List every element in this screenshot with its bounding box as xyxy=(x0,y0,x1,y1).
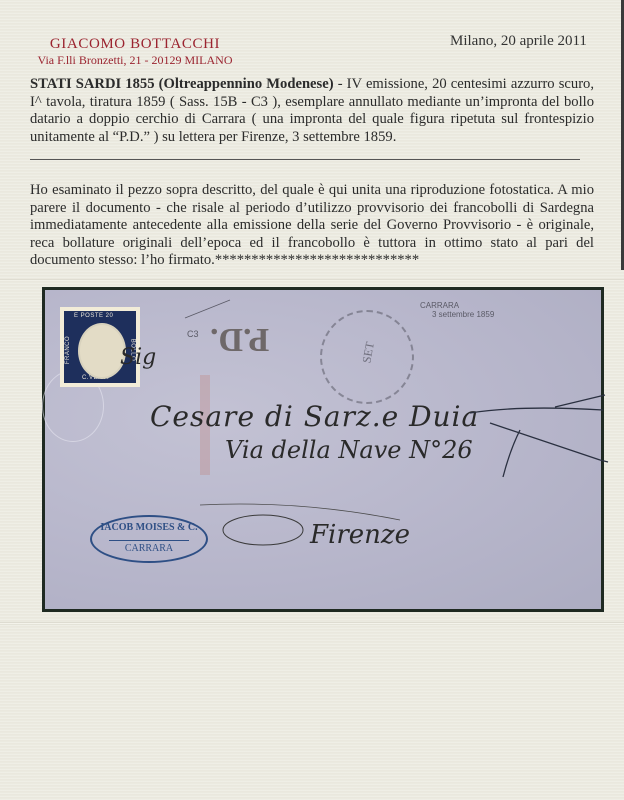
fold-line xyxy=(0,622,624,625)
pen-strokes xyxy=(0,0,624,800)
